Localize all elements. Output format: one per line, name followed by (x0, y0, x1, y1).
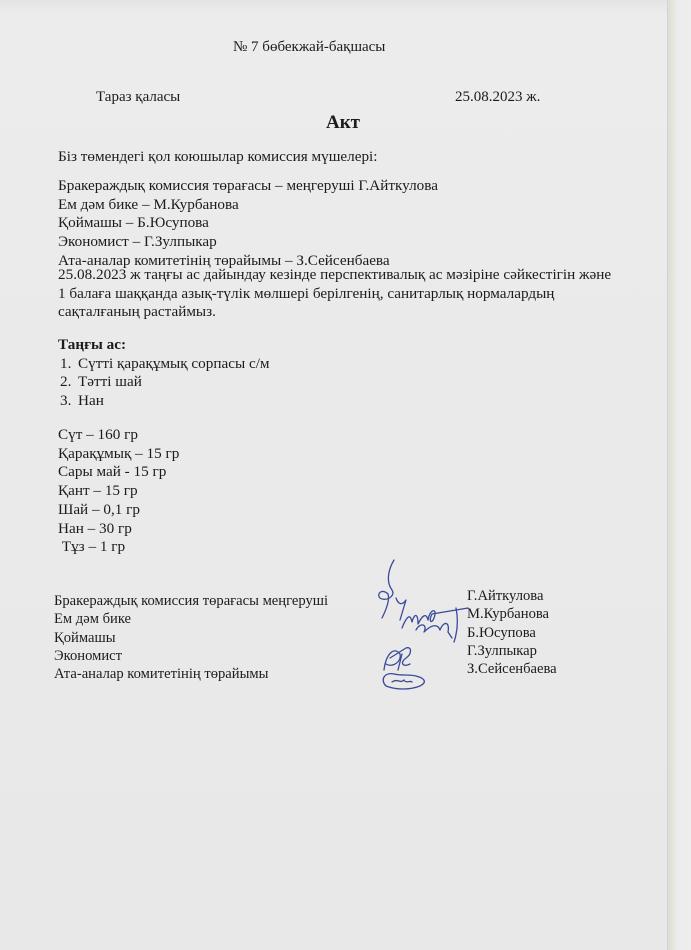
member-line: Экономист – Г.Зулпыкар (58, 233, 438, 252)
signature-name: З.Сейсенбаева (467, 660, 557, 678)
signature-role: Экономист (54, 647, 328, 665)
menu-item-number: 3. (60, 392, 78, 411)
menu-item-number: 1. (60, 355, 78, 374)
breakfast-menu: Таңғы ас: 1.Сүтті қарақұмық сорпасы с/м … (58, 336, 270, 411)
page-edge-shadow (667, 0, 691, 950)
ingredient-line: Нан – 30 гр (58, 520, 179, 539)
menu-item: 2.Тәтті шай (58, 373, 270, 392)
signature-name: М.Курбанова (467, 605, 557, 623)
document-page: № 7 бөбекжай-бақшасы Тараз қаласы 25.08.… (0, 0, 691, 950)
institution-name: № 7 бөбекжай-бақшасы (233, 38, 385, 57)
menu-item: 1.Сүтті қарақұмық сорпасы с/м (58, 355, 270, 374)
signature-role: Ата-аналар комитетінің төрайымы (54, 665, 328, 683)
ingredient-line: Сүт – 160 гр (58, 426, 179, 445)
city-name: Тараз қаласы (96, 88, 180, 107)
signature-role: Бракераждық комиссия төрағасы меңгеруші (54, 592, 328, 610)
member-line: Ем дәм бике – М.Курбанова (58, 196, 438, 215)
ingredient-line: Қарақұмық – 15 гр (58, 445, 179, 464)
handwritten-signatures-icon (372, 558, 472, 693)
paragraph-line: 25.08.2023 ж таңғы ас дайындау кезінде п… (58, 266, 611, 285)
signature-roles: Бракераждық комиссия төрағасы меңгеруші … (54, 592, 328, 683)
intro-text: Біз төмендегі қол коюшылар комиссия мүше… (58, 148, 378, 167)
ingredient-line: Сары май - 15 гр (58, 463, 179, 482)
menu-item: 3.Нан (58, 392, 270, 411)
paragraph-line: 1 балаға шаққанда азық-түлік мөлшері бер… (58, 285, 611, 304)
ingredient-line: Қант – 15 гр (58, 482, 179, 501)
signature-name: Б.Юсупова (467, 624, 557, 642)
menu-item-label: Нан (78, 392, 104, 409)
document-title: Акт (326, 114, 360, 133)
breakfast-heading: Таңғы ас: (58, 336, 270, 355)
ingredient-line: Тұз – 1 гр (58, 538, 179, 557)
member-line: Қоймашы – Б.Юсупова (58, 214, 438, 233)
menu-item-number: 2. (60, 373, 78, 392)
signature-role: Қоймашы (54, 629, 328, 647)
intro-line: Біз төмендегі қол коюшылар комиссия мүше… (58, 148, 378, 167)
signature-name: Г.Зулпыкар (467, 642, 557, 660)
confirmation-paragraph: 25.08.2023 ж таңғы ас дайындау кезінде п… (58, 266, 611, 322)
signature-role: Ем дәм бике (54, 610, 328, 628)
signature-names: Г.Айткулова М.Курбанова Б.Юсупова Г.Зулп… (467, 587, 557, 678)
menu-item-label: Сүтті қарақұмық сорпасы с/м (78, 355, 270, 372)
menu-item-label: Тәтті шай (78, 373, 142, 390)
signature-name: Г.Айткулова (467, 587, 557, 605)
document-date: 25.08.2023 ж. (455, 88, 540, 107)
paragraph-line: сақталғаның растаймыз. (58, 303, 611, 322)
commission-members-list: Бракераждық комиссия төрағасы – меңгеруш… (58, 177, 438, 271)
member-line: Бракераждық комиссия төрағасы – меңгеруш… (58, 177, 438, 196)
ingredient-line: Шай – 0,1 гр (58, 501, 179, 520)
ingredients-list: Сүт – 160 гр Қарақұмық – 15 гр Сары май … (58, 426, 179, 557)
